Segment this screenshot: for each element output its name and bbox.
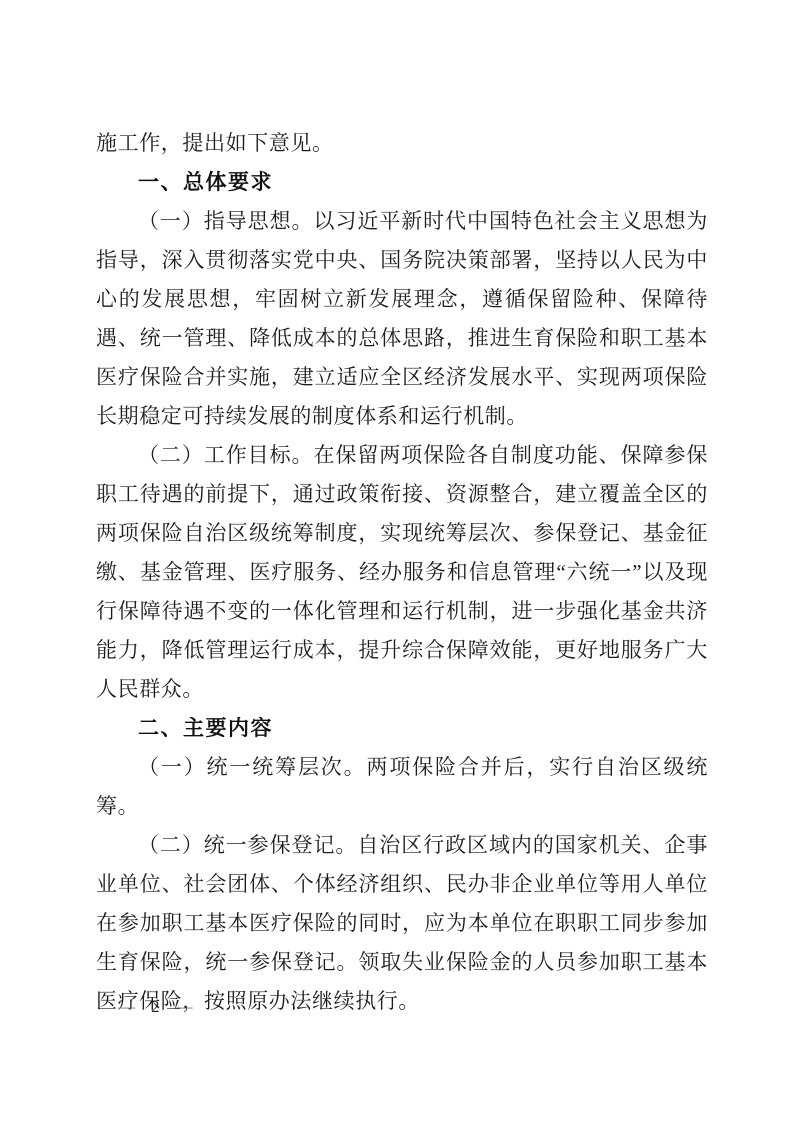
paragraph-continuation: 施工作，提出如下意见。 (96, 124, 708, 163)
page-footer: —2— (118, 994, 193, 1020)
document-body: 施工作，提出如下意见。 一、总体要求 （一）指导思想。以习近平新时代中国特色社会… (96, 124, 708, 1021)
paragraph-guiding-ideology: （一）指导思想。以习近平新时代中国特色社会主义思想为指导，深入贯彻落实党中央、国… (96, 202, 708, 436)
paragraph-unified-pooling-level: （一）统一统筹层次。两项保险合并后，实行自治区级统筹。 (96, 748, 708, 826)
document-page: 施工作，提出如下意见。 一、总体要求 （一）指导思想。以习近平新时代中国特色社会… (0, 0, 794, 1122)
page-number: 2 (151, 997, 160, 1016)
section-heading-main-content: 二、主要内容 (96, 709, 708, 748)
footer-left-dash: — (118, 997, 135, 1016)
paragraph-unified-registration: （二）统一参保登记。自治区行政区域内的国家机关、企事业单位、社会团体、个体经济组… (96, 826, 708, 1021)
paragraph-work-goals: （二）工作目标。在保留两项保险各自制度功能、保障参保职工待遇的前提下，通过政策衔… (96, 436, 708, 709)
footer-right-dash: — (176, 997, 193, 1016)
section-heading-overall-requirements: 一、总体要求 (96, 163, 708, 202)
